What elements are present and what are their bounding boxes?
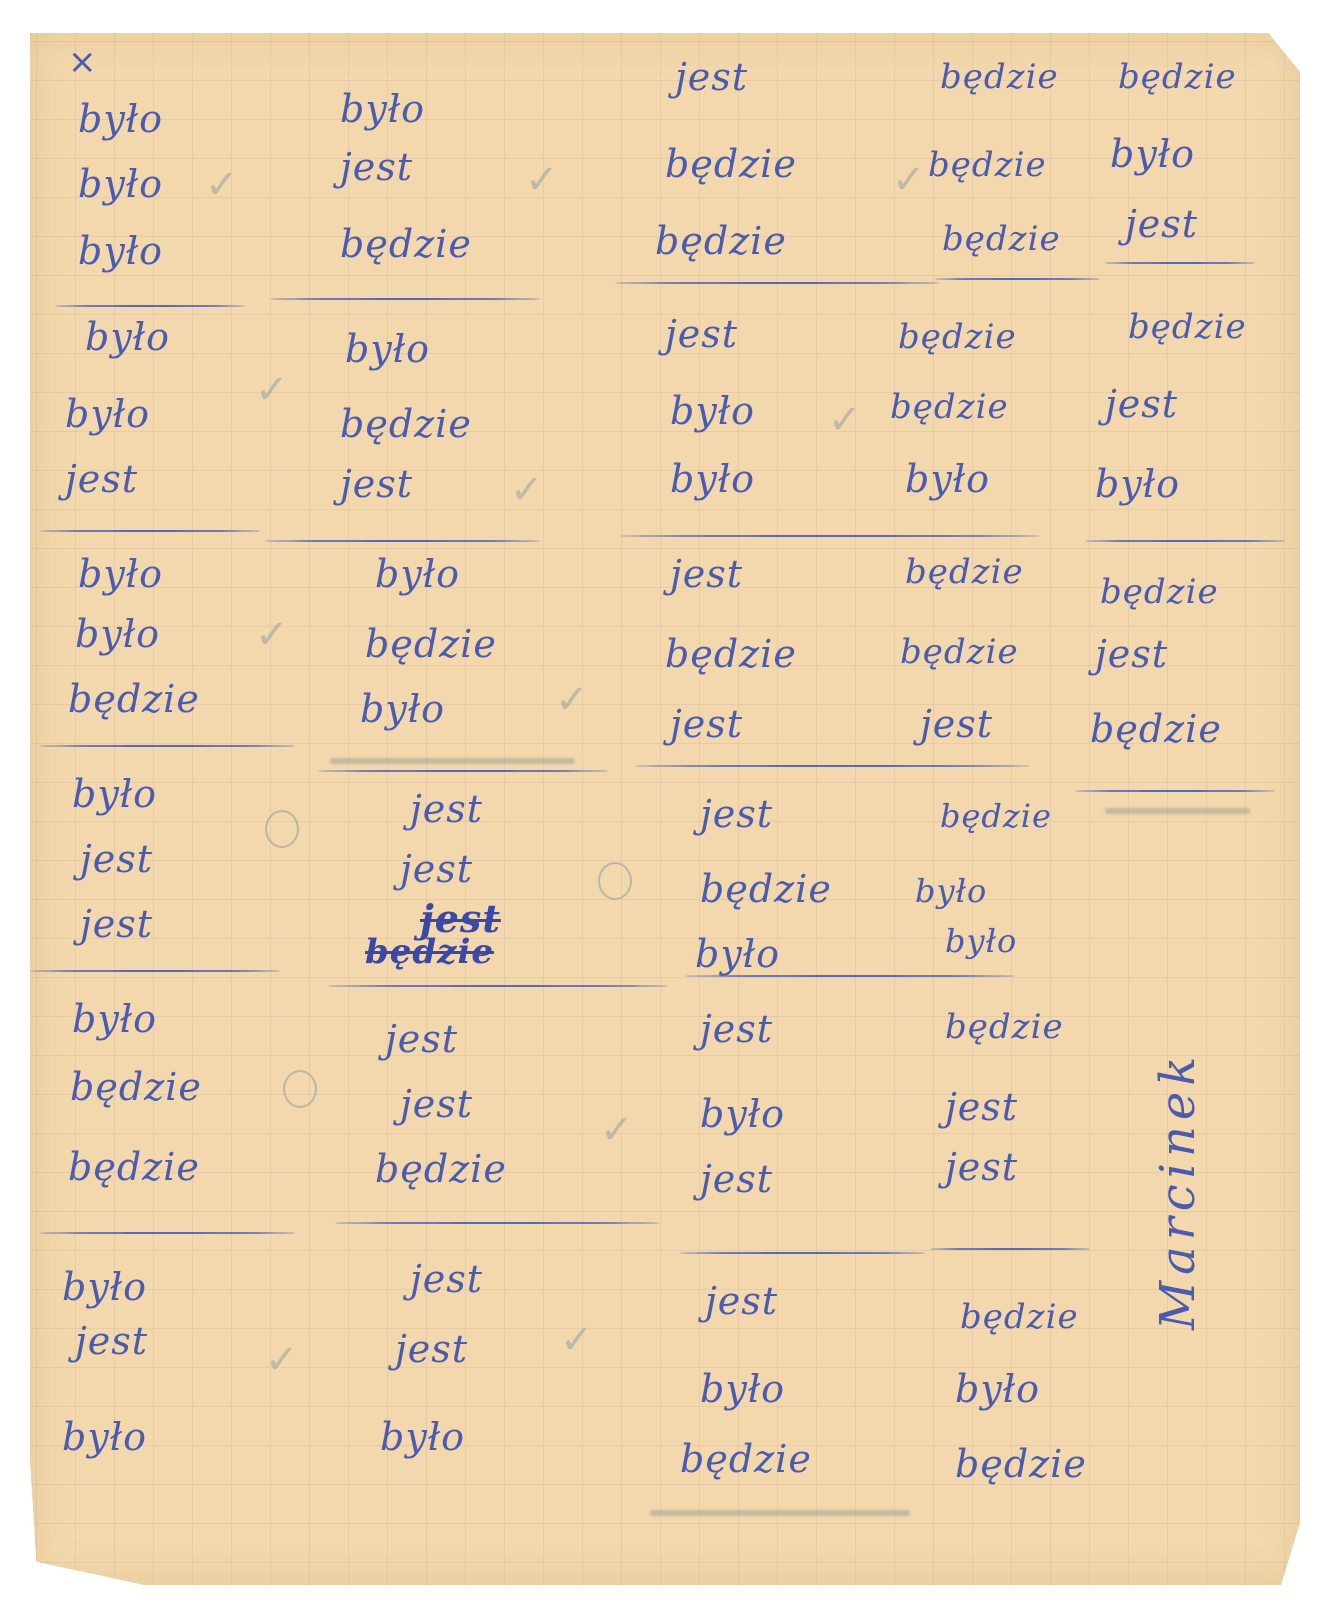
section-divider <box>615 282 940 284</box>
word: będzie <box>890 390 1009 424</box>
section-divider <box>680 1252 925 1254</box>
word: będzie <box>665 145 797 183</box>
word: było <box>360 690 445 728</box>
section-divider <box>335 1222 660 1224</box>
section-divider <box>1075 790 1275 792</box>
word: będzie <box>942 222 1061 256</box>
word: było <box>78 555 163 593</box>
word: było <box>1095 465 1180 503</box>
section-divider <box>318 770 608 772</box>
word: będzie <box>665 635 797 673</box>
word: będzie <box>900 635 1019 669</box>
word: było <box>670 460 755 498</box>
pencil-check-mark: ✓ <box>560 1320 594 1360</box>
word: jest <box>410 790 483 828</box>
word: było <box>375 555 460 593</box>
word: będzie <box>655 222 787 260</box>
word: będzie <box>68 1148 200 1186</box>
word: będzie <box>700 870 832 908</box>
word: było <box>700 1370 785 1408</box>
pencil-circle-mark <box>265 810 299 848</box>
word: będzie <box>1128 310 1247 344</box>
word: jest <box>400 850 473 888</box>
word: było <box>340 90 425 128</box>
pencil-check-mark: ✓ <box>828 400 862 440</box>
section-divider <box>40 1232 295 1234</box>
word: jest <box>1105 385 1178 423</box>
section-divider <box>685 975 1015 977</box>
section-divider <box>1105 262 1255 264</box>
word: będzie <box>945 1010 1064 1044</box>
word: jest <box>945 1148 1018 1186</box>
word: jest <box>1095 635 1168 673</box>
word: będzie <box>960 1300 1079 1334</box>
word: było <box>78 232 163 270</box>
word: było <box>72 775 157 813</box>
section-divider <box>40 745 295 747</box>
struck-out-word: będzie <box>365 935 494 969</box>
word: jest <box>920 705 993 743</box>
section-divider <box>930 1248 1090 1250</box>
word: było <box>700 1095 785 1133</box>
section-divider <box>635 765 1030 767</box>
word: będzie <box>68 680 200 718</box>
word: było <box>695 935 780 973</box>
word: było <box>945 925 1017 957</box>
section-divider <box>1085 540 1285 542</box>
word: jest <box>340 148 413 186</box>
word: będzie <box>940 60 1059 94</box>
word: jest <box>385 1020 458 1058</box>
word: jest <box>945 1088 1018 1126</box>
pencil-check-mark: ✓ <box>255 615 289 655</box>
pencil-circle-mark <box>283 1070 317 1108</box>
signature-vertical: Marcinek <box>1150 1051 1206 1330</box>
section-divider <box>328 985 668 987</box>
word: będzie <box>905 555 1024 589</box>
word: jest <box>700 1010 773 1048</box>
word: będzie <box>898 320 1017 354</box>
pencil-check-mark: ✓ <box>525 160 559 200</box>
pencil-underline <box>330 758 575 764</box>
pencil-check-mark: ✓ <box>600 1110 634 1150</box>
word: jest <box>410 1260 483 1298</box>
word: było <box>1110 135 1195 173</box>
word: jest <box>395 1330 468 1368</box>
word: będzie <box>340 405 472 443</box>
word: jest <box>670 705 743 743</box>
word: będzie <box>940 800 1052 832</box>
section-divider <box>620 535 1040 537</box>
word: będzie <box>365 625 497 663</box>
word: jest <box>80 905 153 943</box>
pencil-check-mark: ✓ <box>892 160 926 200</box>
section-divider <box>265 540 540 542</box>
word: było <box>78 165 163 203</box>
word: jest <box>75 1322 148 1360</box>
pencil-underline <box>650 1510 910 1516</box>
corner-x-mark: × <box>68 45 97 79</box>
word: będzie <box>375 1150 507 1188</box>
word: było <box>670 392 755 430</box>
word: było <box>65 395 150 433</box>
word: jest <box>665 315 738 353</box>
pencil-check-mark: ✓ <box>255 370 289 410</box>
pencil-check-mark: ✓ <box>510 470 544 510</box>
pencil-check-mark: ✓ <box>555 680 589 720</box>
word: było <box>85 318 170 356</box>
section-divider <box>40 530 260 532</box>
word: będzie <box>70 1068 202 1106</box>
section-divider <box>30 970 280 972</box>
word: będzie <box>340 225 472 263</box>
section-divider <box>270 298 540 300</box>
pencil-circle-mark <box>598 862 632 900</box>
word: jest <box>65 460 138 498</box>
word: było <box>905 460 990 498</box>
word: jest <box>400 1085 473 1123</box>
word: jest <box>705 1282 778 1320</box>
word: będzie <box>928 148 1047 182</box>
word: będzie <box>1100 575 1219 609</box>
word: jest <box>670 555 743 593</box>
section-divider <box>55 305 245 307</box>
pencil-underline <box>1105 808 1250 814</box>
pencil-check-mark: ✓ <box>205 165 239 205</box>
word: było <box>72 1000 157 1038</box>
word: jest <box>700 795 773 833</box>
word: było <box>915 875 987 907</box>
word: jest <box>700 1160 773 1198</box>
word: było <box>78 100 163 138</box>
word: było <box>380 1418 465 1456</box>
word: było <box>345 330 430 368</box>
word: jest <box>675 58 748 96</box>
pencil-check-mark: ✓ <box>265 1340 299 1380</box>
word: jest <box>80 840 153 878</box>
word: będzie <box>955 1445 1087 1483</box>
section-divider <box>935 278 1100 280</box>
word: było <box>955 1370 1040 1408</box>
word: było <box>62 1418 147 1456</box>
word: będzie <box>1118 60 1237 94</box>
word: będzie <box>680 1440 812 1478</box>
word: jest <box>1125 205 1198 243</box>
word: będzie <box>1090 710 1222 748</box>
word: było <box>62 1268 147 1306</box>
word: było <box>75 615 160 653</box>
word: jest <box>340 465 413 503</box>
